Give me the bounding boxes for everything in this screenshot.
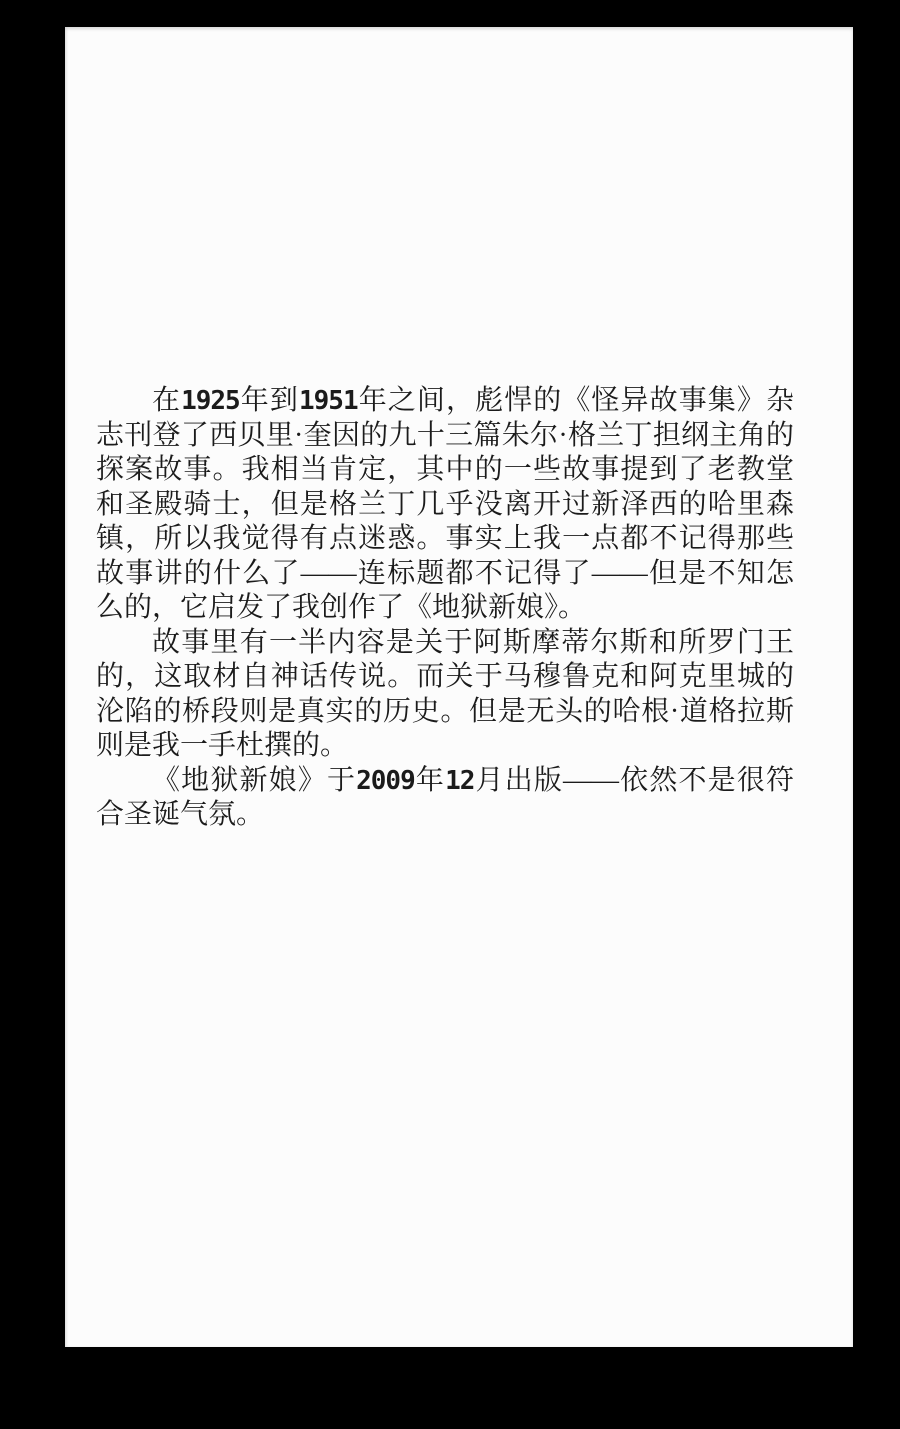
- paragraph-3: 《地狱新娘》于2009年12月出版——依然不是很符合圣诞气氛。: [96, 764, 794, 833]
- book-page: 在1925年到1951年之间，彪悍的《怪异故事集》杂志刊登了西贝里·奎因的九十三…: [65, 27, 853, 1347]
- paragraph-2: 故事里有一半内容是关于阿斯摩蒂尔斯和所罗门王的，这取材自神话传说。而关于马穆鲁克…: [96, 626, 794, 764]
- paragraph-1: 在1925年到1951年之间，彪悍的《怪异故事集》杂志刊登了西贝里·奎因的九十三…: [96, 384, 794, 626]
- page-text: 在1925年到1951年之间，彪悍的《怪异故事集》杂志刊登了西贝里·奎因的九十三…: [96, 384, 794, 833]
- scan-background: 在1925年到1951年之间，彪悍的《怪异故事集》杂志刊登了西贝里·奎因的九十三…: [0, 0, 900, 1429]
